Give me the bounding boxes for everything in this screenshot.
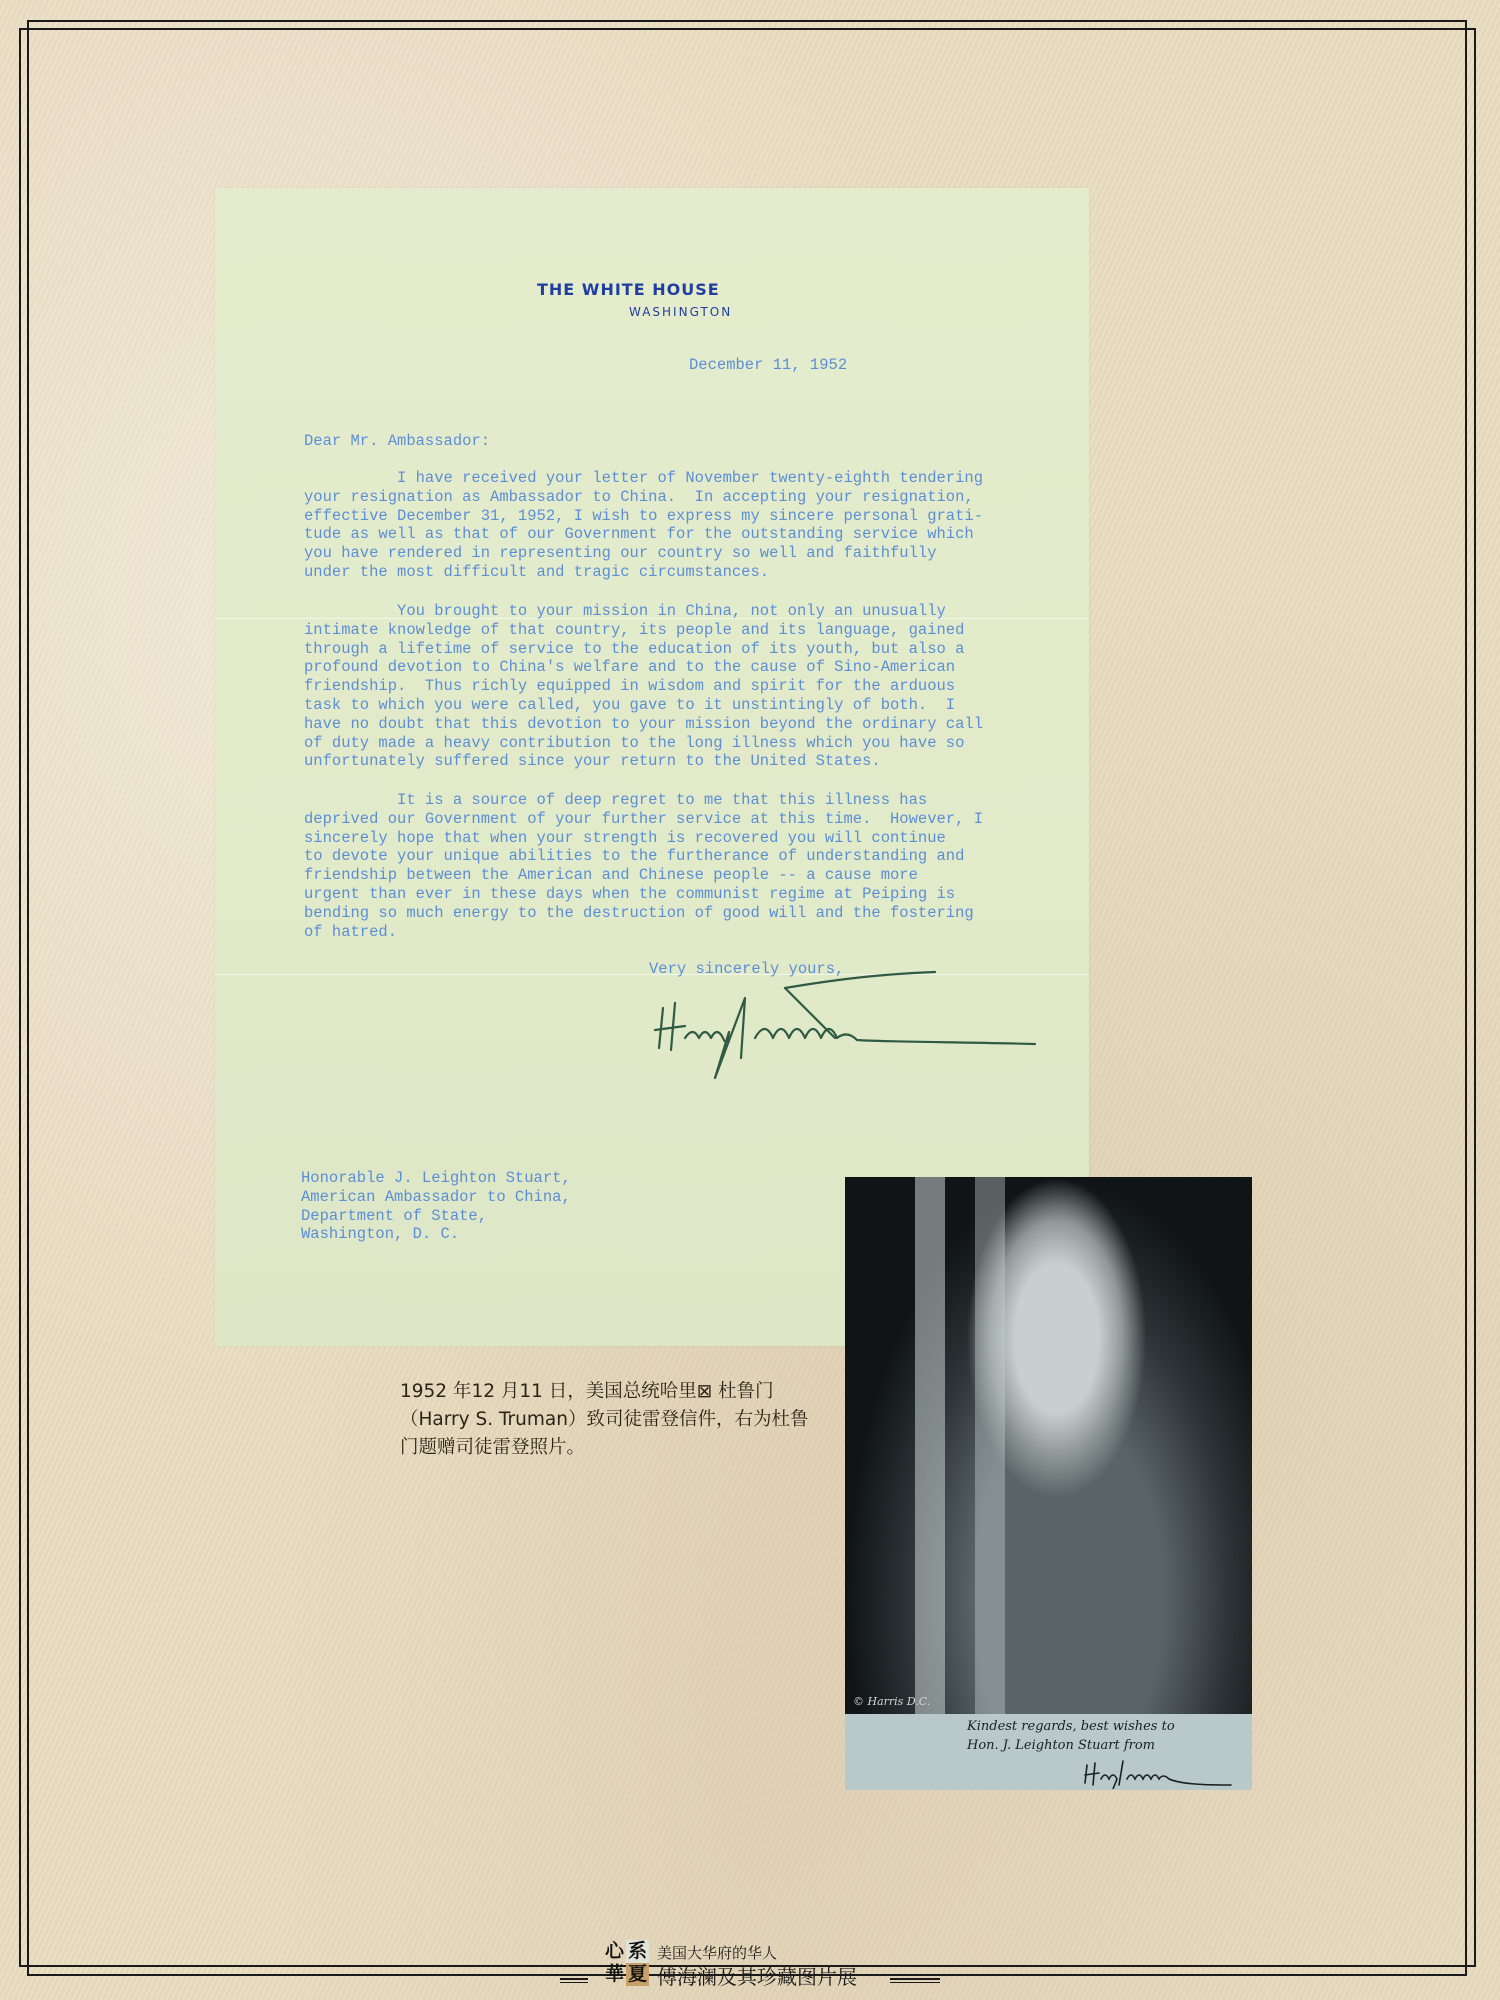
recipient-address: Honorable J. Leighton Stuart, American A… xyxy=(301,1169,571,1244)
logo-char: 心 xyxy=(603,1940,626,1963)
photo-credit: © Harris D.C. xyxy=(853,1695,930,1708)
footer-subtitle: 美国大华府的华人 xyxy=(657,1942,777,1963)
exhibit-caption: 1952 年12 月11 日，美国总统哈里⊠ 杜鲁门（Harry S. Trum… xyxy=(400,1378,820,1462)
truman-photo: © Harris D.C. Kindest regards, best wish… xyxy=(845,1177,1252,1790)
photo-signature xyxy=(1083,1755,1233,1789)
salutation: Dear Mr. Ambassador: xyxy=(304,432,490,451)
truman-signature xyxy=(645,968,1055,1088)
letterhead-subtitle: WASHINGTON xyxy=(629,305,732,319)
exhibit-logo: 心 系 華 夏 xyxy=(603,1940,649,1986)
exhibit-footer: 心 系 華 夏 美国大华府的华人 傅海澜及其珍藏图片展 xyxy=(0,1938,1500,1988)
white-house-letter: THE WHITE HOUSE WASHINGTON December 11, … xyxy=(215,188,1089,1346)
photo-inscription: Kindest regards, best wishes to Hon. J. … xyxy=(967,1717,1175,1755)
letter-paragraph: It is a source of deep regret to me that… xyxy=(304,791,983,941)
portrait-image xyxy=(845,1177,1252,1714)
letter-paragraph: I have received your letter of November … xyxy=(304,469,983,582)
footer-rule xyxy=(560,1978,588,1983)
footer-title: 傅海澜及其珍藏图片展 xyxy=(657,1961,857,1990)
logo-char: 系 xyxy=(626,1940,649,1963)
logo-char: 華 xyxy=(603,1963,626,1986)
letterhead: THE WHITE HOUSE WASHINGTON xyxy=(537,280,732,319)
letter-date: December 11, 1952 xyxy=(689,356,847,375)
letter-paragraph: You brought to your mission in China, no… xyxy=(304,602,983,771)
footer-rule xyxy=(890,1978,940,1983)
logo-char: 夏 xyxy=(626,1963,649,1986)
letterhead-title: THE WHITE HOUSE xyxy=(537,280,732,299)
